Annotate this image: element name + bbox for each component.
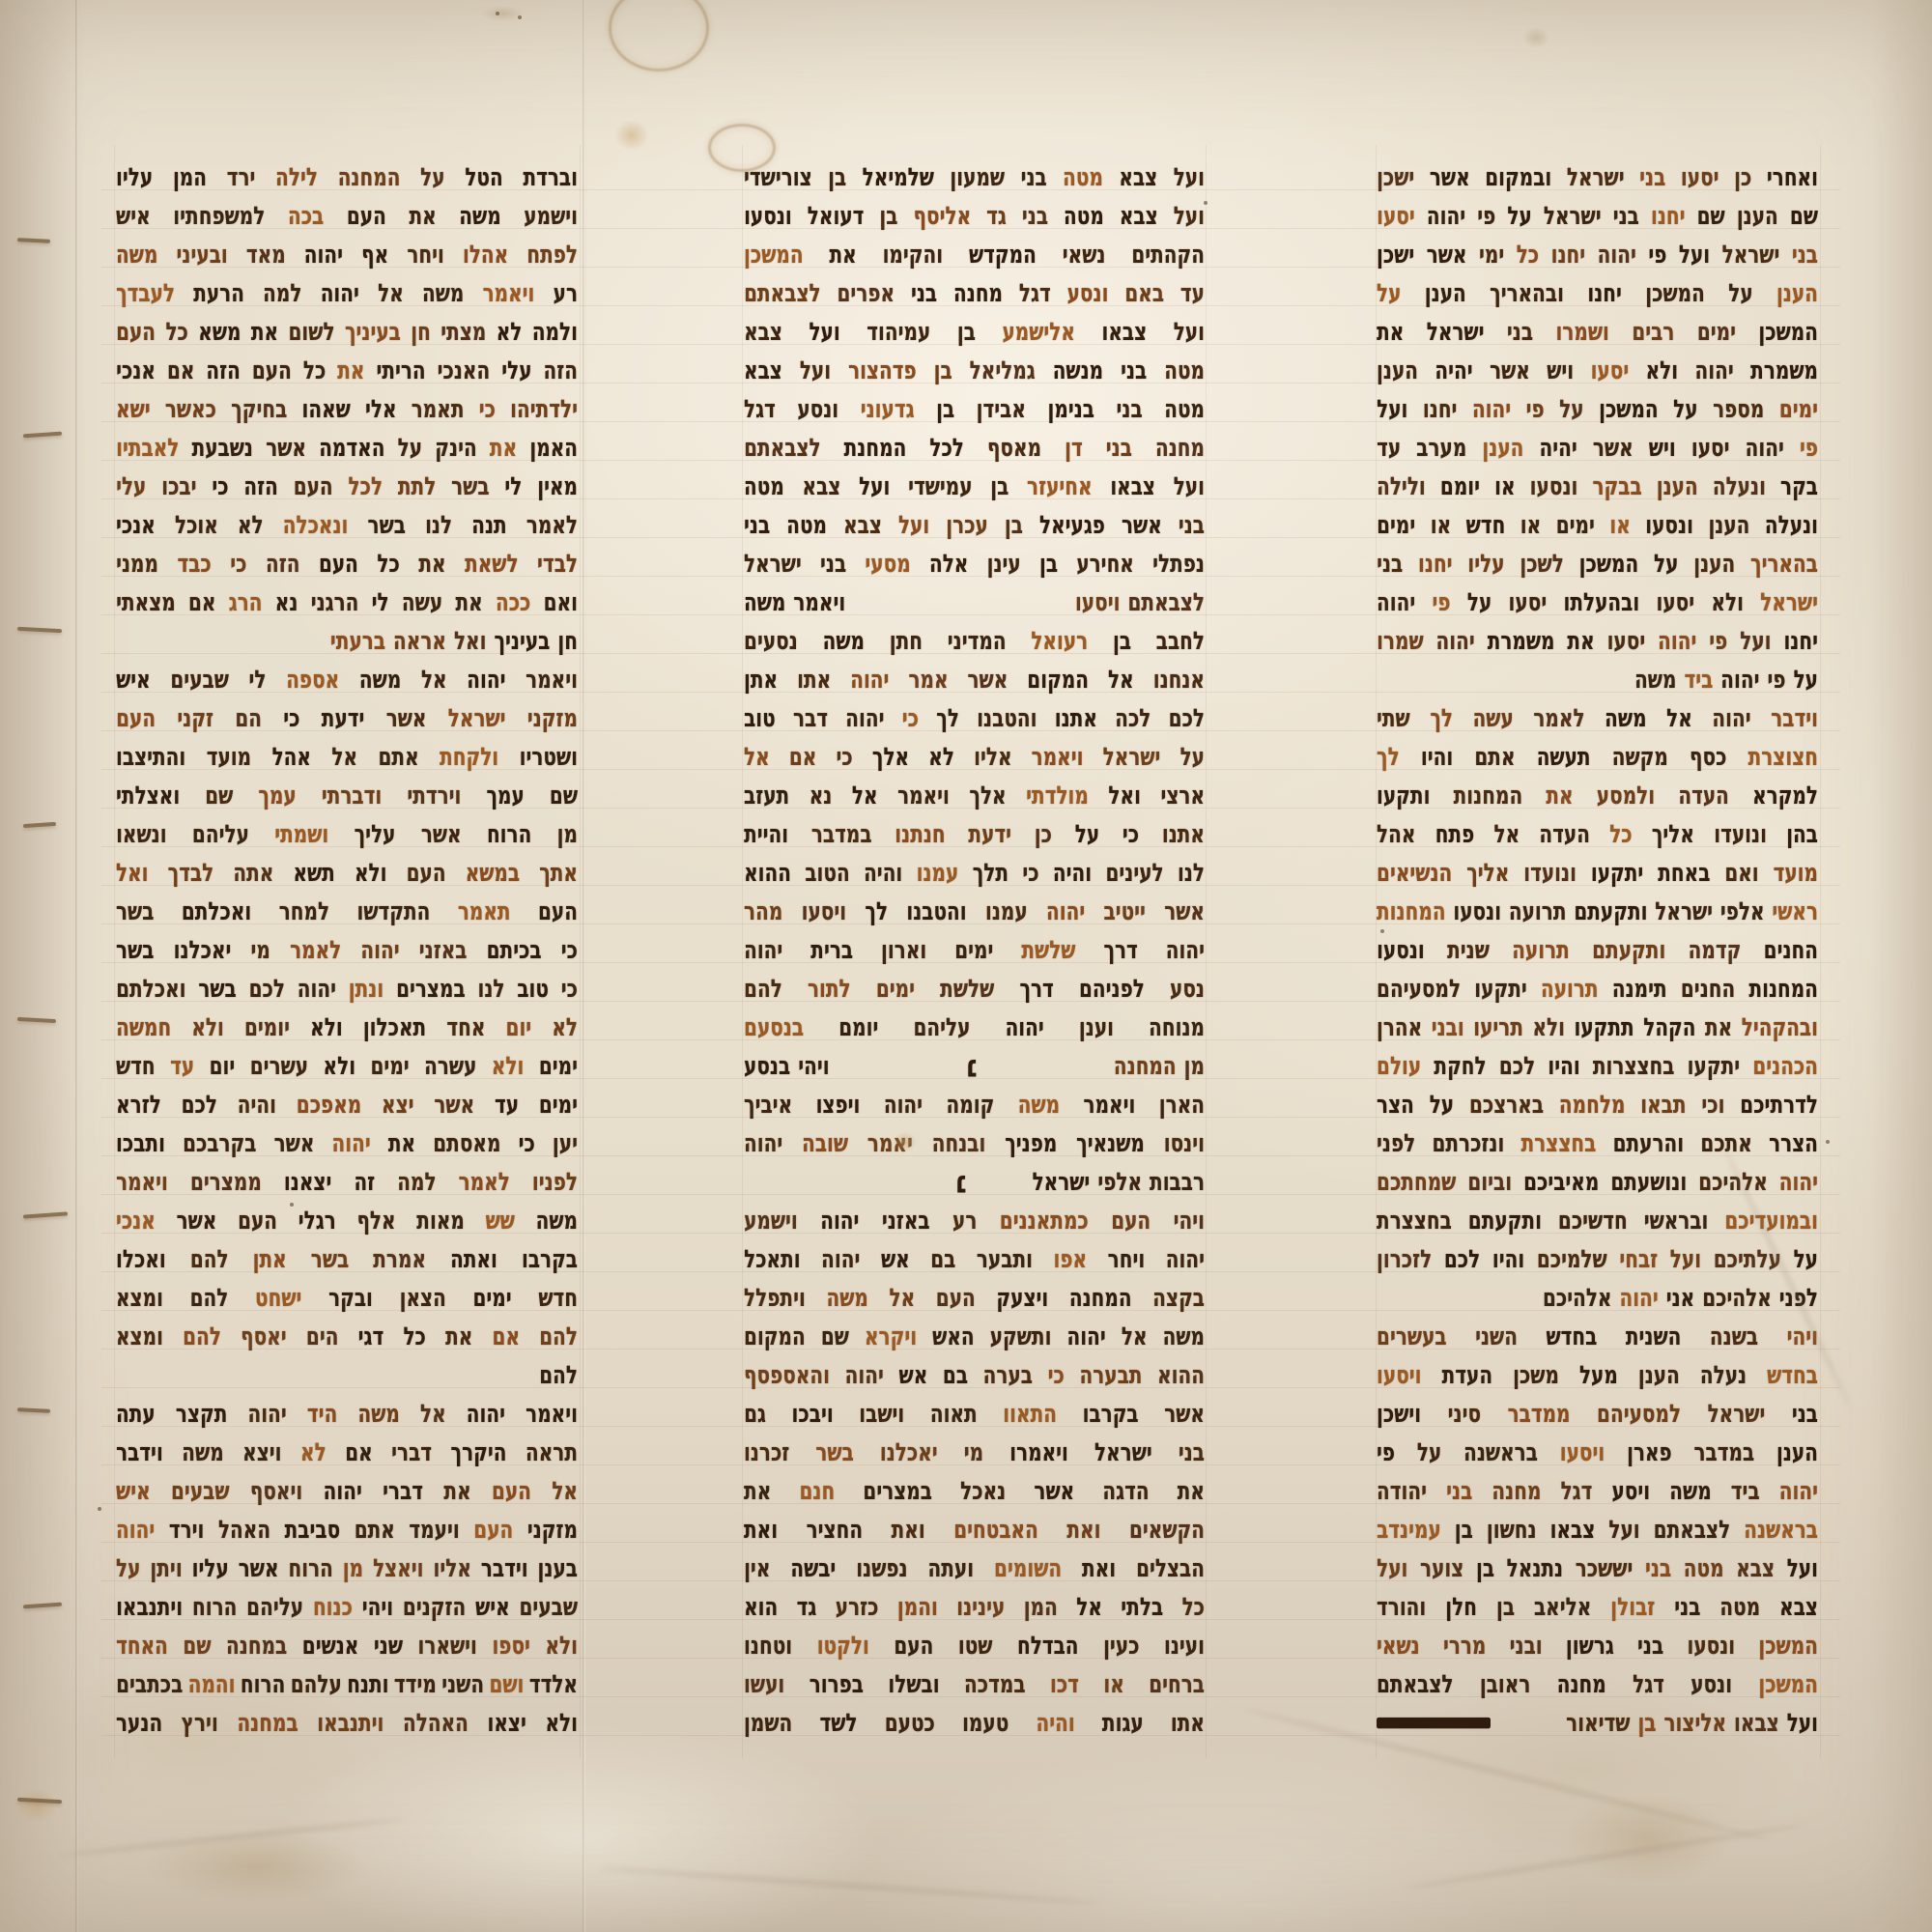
torah-word: פי xyxy=(1800,433,1818,463)
torah-word: ועתה xyxy=(928,1553,975,1583)
torah-word: בני xyxy=(1637,1631,1663,1661)
torah-word: על xyxy=(1673,394,1697,424)
torah-word: בני xyxy=(1446,1476,1472,1506)
torah-word: ולמסע xyxy=(1597,781,1655,810)
torah-word: בקר xyxy=(1780,471,1818,501)
torah-word: בארצכם xyxy=(1469,1090,1544,1120)
torah-word: רבים xyxy=(1632,317,1674,347)
torah-word: חלן xyxy=(1445,1592,1477,1622)
torah-word: בם xyxy=(943,1360,968,1390)
torah-word: אשר xyxy=(274,1128,315,1158)
torah-word: ויהי xyxy=(362,1592,393,1622)
torah-word: את xyxy=(445,1321,472,1351)
torah-word: קדמה xyxy=(1689,935,1742,965)
torah-word: נשאי xyxy=(1377,1631,1420,1661)
ruling-vertical-mid-col xyxy=(742,145,743,1758)
torah-word: אל xyxy=(552,1476,578,1506)
faint-stain xyxy=(1522,27,1549,48)
torah-word: מטה xyxy=(1164,394,1205,424)
torah-word: יהוה xyxy=(321,278,359,308)
torah-word: שם xyxy=(183,1631,211,1661)
torah-word: ושמתי xyxy=(274,819,328,849)
torah-column-left: וברדתהטלעלהמחנהלילהירדהמןעליווישמעמשהאתה… xyxy=(116,157,578,1742)
torah-word: הרוח xyxy=(192,1592,237,1622)
fold-crease xyxy=(75,0,78,1932)
torah-word: חמשה xyxy=(116,1012,171,1042)
torah-word: אל xyxy=(1493,819,1520,849)
torah-word: וידבר xyxy=(116,1437,163,1467)
torah-word: במדכה xyxy=(964,1669,1026,1699)
torah-word: ועל xyxy=(859,471,890,501)
torah-word: ימים xyxy=(876,974,915,1004)
torah-word: אשר xyxy=(386,703,427,733)
torah-word: יהוה xyxy=(360,935,399,965)
torah-word: יהוה xyxy=(1067,1321,1106,1351)
torah-word: בן xyxy=(1455,1515,1473,1545)
torah-word: העם xyxy=(319,549,358,579)
torah-word: ובנחה xyxy=(932,1128,986,1158)
torah-word: אלך xyxy=(872,742,909,772)
torah-word: עמך xyxy=(258,781,296,810)
torah-word: תעזב xyxy=(744,781,789,810)
torah-word: כל xyxy=(1182,1592,1205,1622)
torah-word: מי xyxy=(964,1437,983,1467)
torah-word: והטבנו xyxy=(906,896,966,926)
torah-word: נא xyxy=(810,781,833,810)
torah-word: פארן xyxy=(1627,1437,1672,1467)
torah-word: בני xyxy=(1179,1437,1205,1467)
torah-word: אנשים xyxy=(302,1631,359,1661)
torah-word: עמנו xyxy=(917,858,959,888)
torah-word: הרוח xyxy=(241,1669,285,1699)
torah-word: תראה xyxy=(526,1437,578,1467)
torah-word: ויסעו xyxy=(1377,1360,1422,1390)
torah-word: את xyxy=(388,1128,415,1158)
torah-word: אהלו xyxy=(463,240,508,270)
torah-word: בפרור xyxy=(810,1669,864,1699)
torah-word: המשכן xyxy=(1758,317,1818,347)
torah-word: מחנה xyxy=(953,278,1003,308)
torah-word: מן xyxy=(343,1553,363,1583)
torah-word: תאמר xyxy=(458,896,511,926)
torah-word: גדעוני xyxy=(861,394,915,424)
torah-word: יתקעו xyxy=(1688,1051,1740,1081)
torah-word: לילה xyxy=(275,162,318,192)
torah-word: לשד xyxy=(819,1708,857,1738)
torah-word: את xyxy=(1178,1476,1205,1506)
torah-word: לך xyxy=(865,896,888,926)
torah-word: ימים xyxy=(954,935,993,965)
torah-word: בן xyxy=(1005,510,1023,540)
torah-word: ואתה xyxy=(450,1244,497,1274)
torah-word: יהוה xyxy=(1427,201,1465,231)
torah-word: משנאיך xyxy=(1076,1128,1145,1158)
torah-word: כי xyxy=(1022,858,1038,888)
torah-word: ושמרו xyxy=(1555,317,1608,347)
torah-word: יהוה xyxy=(884,1090,923,1120)
torah-word: אם xyxy=(167,355,195,385)
torah-word: את xyxy=(409,201,436,231)
torah-word: לכל xyxy=(929,433,964,463)
torah-word: אלהיכם xyxy=(1543,1283,1612,1313)
torah-word: אליו xyxy=(974,742,1011,772)
torah-word: יסעו xyxy=(1681,162,1719,192)
torah-word: ואם xyxy=(544,587,578,617)
torah-word: בני xyxy=(1179,510,1205,540)
torah-word: צבא xyxy=(1120,201,1158,231)
torah-word: תנה xyxy=(471,510,506,540)
torah-word: לעינים xyxy=(1105,858,1163,888)
torah-word: בראשנה xyxy=(1744,1515,1818,1545)
torah-word: יהוה xyxy=(1377,587,1415,617)
torah-word: הזה xyxy=(266,549,300,579)
torah-word: אתן xyxy=(744,665,778,695)
torah-word: נסעים xyxy=(744,626,798,656)
torah-word: ימים xyxy=(371,1051,410,1081)
torah-word: דברי xyxy=(391,1437,432,1467)
torah-word: פי xyxy=(1477,201,1495,231)
torah-word: בענן xyxy=(538,1553,578,1583)
torah-word: ונסעו xyxy=(1453,896,1501,926)
torah-word: עמנו xyxy=(985,896,1028,926)
torah-word: ואם xyxy=(1724,858,1758,888)
torah-word: על xyxy=(1467,587,1492,617)
torah-word: משה xyxy=(459,201,500,231)
torah-word: פי xyxy=(1377,1437,1395,1467)
torah-word: וירץ xyxy=(182,1708,218,1738)
torah-word: מסעי xyxy=(865,549,910,579)
torah-word: אליאב xyxy=(1534,1592,1591,1622)
ink-speck xyxy=(518,15,522,19)
torah-word: לתת xyxy=(398,471,436,501)
torah-word: ישראל xyxy=(1103,742,1161,772)
torah-word: בשר xyxy=(815,1437,853,1467)
torah-word: והיה xyxy=(864,858,902,888)
torah-word: מנשה xyxy=(1053,355,1103,385)
torah-word: אמר xyxy=(908,665,948,695)
torah-word: אם xyxy=(493,1321,521,1351)
torah-word: לפניו xyxy=(532,1167,578,1197)
torah-word: עד xyxy=(170,1051,194,1081)
torah-word: איש xyxy=(475,1592,510,1622)
torah-word: כאשר xyxy=(165,394,216,424)
torah-word: אהל xyxy=(272,742,311,772)
torah-word: ונסעו xyxy=(1645,510,1693,540)
torah-word: מהר xyxy=(744,896,782,926)
torah-word: שלשת xyxy=(940,974,994,1004)
torah-word: לאמר xyxy=(290,935,341,965)
torah-word: גד xyxy=(986,201,1007,231)
torah-word: נחשון xyxy=(1487,1515,1537,1545)
torah-word: ויאמר xyxy=(526,1399,578,1429)
torah-word: מנוחה xyxy=(1149,1012,1205,1042)
torah-word: ולא xyxy=(310,1012,343,1042)
torah-word: להם xyxy=(539,1321,578,1351)
torah-word: תריעו xyxy=(1473,1012,1523,1042)
torah-word: בשר xyxy=(368,510,406,540)
torah-word: העם xyxy=(252,355,292,385)
torah-word: פי xyxy=(1768,665,1786,695)
torah-word: צבאו xyxy=(1101,317,1147,347)
torah-word: אל xyxy=(1122,1321,1148,1351)
torah-word: ויסע xyxy=(1611,1476,1650,1506)
torah-word: לכם xyxy=(1444,1244,1480,1274)
torah-word: כי xyxy=(283,703,299,733)
torah-word: פי xyxy=(1648,240,1666,270)
torah-word: דרך xyxy=(1103,935,1137,965)
torah-word: בן xyxy=(828,162,846,192)
torah-word: יהוה xyxy=(744,1128,782,1158)
torah-word: ברית xyxy=(810,935,853,965)
torah-word: לאבתיו xyxy=(116,433,179,463)
torah-word: ימים xyxy=(472,1283,511,1313)
torah-word: אנכי xyxy=(116,355,156,385)
torah-word: לשאת xyxy=(465,549,519,579)
torah-word: חן xyxy=(411,317,431,347)
torah-word: ועל xyxy=(800,355,831,385)
torah-word: בן xyxy=(1496,1592,1515,1622)
torah-word: הרוח xyxy=(288,1553,332,1583)
torah-word: יהוה xyxy=(820,1206,859,1236)
torah-word: עתה xyxy=(116,1399,156,1429)
torah-word: לדרתיכם xyxy=(1740,1090,1818,1120)
torah-word: בחיקך xyxy=(231,394,287,424)
torah-word: הרוח xyxy=(487,819,531,849)
torah-word: על xyxy=(1507,201,1531,231)
torah-word: אשר xyxy=(421,819,462,849)
torah-word: עמינדב xyxy=(1377,1515,1441,1545)
torah-word: הרעת xyxy=(193,278,244,308)
torah-word: העם xyxy=(894,1631,933,1661)
torah-word: ואת xyxy=(744,1515,778,1545)
torah-word: במדבר xyxy=(1694,1437,1755,1467)
torah-word: גמליאל xyxy=(970,355,1036,385)
torah-word: ונסע xyxy=(1067,278,1109,308)
torah-word: תרועה xyxy=(1541,974,1599,1004)
torah-word: יצא xyxy=(382,1090,414,1120)
torah-word: יהוה xyxy=(1712,703,1750,733)
torah-word: מן xyxy=(1184,1051,1205,1081)
ruling-vertical-mid-col-end xyxy=(1206,145,1207,1758)
torah-word: העם xyxy=(936,1283,976,1313)
parchment-left-edge xyxy=(0,0,97,1932)
torah-word: העם xyxy=(347,201,386,231)
torah-word: שאהו xyxy=(301,394,350,424)
torah-word: כי xyxy=(1048,1360,1065,1390)
torah-word: בשר xyxy=(116,935,154,965)
torah-word: ממצרים xyxy=(190,1167,262,1197)
torah-word: לכם xyxy=(1169,703,1205,733)
torah-word: יצאו xyxy=(487,1708,526,1738)
torah-word: יהוה xyxy=(1658,626,1696,656)
torah-word: את xyxy=(455,587,482,617)
torah-word: אלי xyxy=(365,394,397,424)
torah-word: משה xyxy=(359,665,401,695)
torah-word: ועל xyxy=(1174,317,1205,347)
torah-word: יאכלנו xyxy=(174,935,232,965)
torah-word: יהוה xyxy=(1472,394,1511,424)
torah-word: ככה xyxy=(496,587,530,617)
torah-word: אליך xyxy=(1652,819,1694,849)
torah-word: ויש xyxy=(1649,433,1676,463)
torah-word: אנכי xyxy=(116,510,156,540)
torah-word: עמך xyxy=(486,781,524,810)
torah-word: שנית xyxy=(1447,935,1490,965)
torah-word: הענן xyxy=(1377,355,1418,385)
torah-word: שש xyxy=(486,1206,515,1236)
torah-word: המקום xyxy=(1027,665,1089,695)
torah-word: ונתן xyxy=(349,974,384,1004)
torah-word: הבצלים xyxy=(1136,1553,1205,1583)
torah-word: צבא xyxy=(1119,162,1157,192)
torah-word: הנער xyxy=(116,1708,162,1738)
torah-word: האנכי xyxy=(438,355,491,385)
torah-word: אם xyxy=(188,587,216,617)
torah-word: אתך xyxy=(539,858,578,888)
torah-word: שם xyxy=(1697,201,1725,231)
torah-word: ויצעק xyxy=(996,1283,1048,1313)
torah-word: ישראל xyxy=(1708,1399,1766,1429)
torah-word: ובראשי xyxy=(1644,1206,1709,1236)
torah-word: אש xyxy=(899,1360,928,1390)
torah-word: אשר xyxy=(1164,1399,1205,1429)
torah-word: בקצה xyxy=(1152,1283,1205,1313)
torah-word: הזה xyxy=(544,355,579,385)
torah-word: יהוה xyxy=(821,1244,860,1274)
torah-word: ממדבר xyxy=(1508,1399,1571,1429)
torah-word: יהוה xyxy=(116,1515,155,1545)
torah-word: את xyxy=(490,433,517,463)
torah-word: יומים xyxy=(244,1012,290,1042)
torah-word: לעבדך xyxy=(116,278,175,308)
torah-word: ישראל xyxy=(1655,896,1713,926)
torah-word: לא xyxy=(300,1437,327,1467)
torah-word: שם xyxy=(550,781,578,810)
torah-word: דגל xyxy=(1019,278,1051,308)
torah-word: ועל xyxy=(1670,1244,1701,1274)
torah-word: והיה xyxy=(238,1090,276,1120)
torah-word: דבר xyxy=(793,703,828,733)
torah-word: ויצא xyxy=(242,1437,281,1467)
torah-word: על xyxy=(1654,549,1678,579)
torah-word: הוא xyxy=(744,1592,778,1622)
torah-word: יחנו xyxy=(1783,626,1818,656)
torah-word: בני xyxy=(1377,549,1403,579)
torah-word: וירד xyxy=(169,1515,205,1545)
torah-word: מאין xyxy=(537,471,578,501)
torah-word: ויאמר xyxy=(1084,1090,1136,1120)
torah-word: צבא xyxy=(803,471,841,501)
torah-word: יחנו xyxy=(1551,240,1586,270)
torah-word: אלף xyxy=(356,1206,395,1236)
torah-word: רבבות xyxy=(1150,1167,1205,1197)
torah-word: ויאמרו xyxy=(1009,1437,1068,1467)
torah-word: צורישדי xyxy=(744,162,812,192)
torah-word: אבידן xyxy=(977,394,1026,424)
torah-word: יהוה xyxy=(1166,1244,1205,1274)
torah-word: ולמה xyxy=(532,317,578,347)
torah-word: ובהאריך xyxy=(1490,278,1564,308)
torah-word: לחבב xyxy=(1156,626,1205,656)
torah-word: מועד xyxy=(1774,858,1818,888)
torah-word: ביד xyxy=(1731,1476,1760,1506)
torah-word: המקום xyxy=(744,1321,806,1351)
torah-word: בשר xyxy=(116,896,154,926)
torah-word: המשכן xyxy=(744,240,804,270)
torah-word: לפני xyxy=(1377,1128,1415,1158)
torah-word: בני xyxy=(1792,1399,1818,1429)
torah-word: חדש xyxy=(538,1283,578,1313)
torah-word: עינינו xyxy=(956,1592,1005,1622)
torah-word: ותקעתם xyxy=(1468,1206,1542,1236)
torah-word: הענן xyxy=(1776,278,1818,308)
torah-word: אתן xyxy=(253,1244,287,1274)
torah-word: יהוה xyxy=(332,1128,371,1158)
torah-word: אהרן xyxy=(1377,1012,1422,1042)
torah-word: הינק xyxy=(435,433,476,463)
torah-word: מאד xyxy=(246,240,286,270)
torah-word: ישחט xyxy=(255,1283,301,1313)
torah-word: בעשרים xyxy=(1377,1321,1447,1351)
torah-word: ונסע xyxy=(1690,1669,1732,1699)
torah-word: צבאו xyxy=(1550,1515,1596,1545)
torah-word: כזרע xyxy=(836,1592,879,1622)
torah-word: בעיניך xyxy=(494,626,550,656)
torah-word: כמתאננים xyxy=(1000,1206,1089,1236)
torah-word: יהוה xyxy=(1779,1167,1818,1197)
torah-word: העם xyxy=(294,471,333,501)
torah-word: יספו xyxy=(492,1631,530,1661)
torah-word: יומם xyxy=(838,1012,878,1042)
torah-word: ידעת xyxy=(968,819,1011,849)
torah-word: יהוה xyxy=(467,1399,505,1429)
torah-word: ימים xyxy=(1779,394,1818,424)
torah-word: יהוה xyxy=(248,1399,287,1429)
torah-word: חצוצרת xyxy=(1748,742,1818,772)
torah-word: זקני xyxy=(177,703,213,733)
torah-word: ויסעו xyxy=(1560,1437,1605,1467)
torah-word: כל xyxy=(377,549,399,579)
torah-word: בן xyxy=(1039,549,1058,579)
torah-word: והיו xyxy=(1548,1051,1579,1081)
torah-word: לכם xyxy=(249,974,285,1004)
torah-word: וענן xyxy=(1079,1012,1114,1042)
torah-word: מחנה xyxy=(1492,1476,1541,1506)
torah-word: בשנה xyxy=(1710,1321,1758,1351)
torah-word: ואת xyxy=(892,1515,925,1545)
torah-word: אליך xyxy=(1466,858,1509,888)
torah-word: ולילה xyxy=(1377,471,1426,501)
torah-word: מטה xyxy=(1164,355,1205,385)
torah-word: ויש xyxy=(1547,355,1574,385)
torah-word: דגל xyxy=(1633,1669,1664,1699)
torah-word: אף xyxy=(361,240,388,270)
torah-word: והמן xyxy=(897,1592,938,1622)
torah-word: ובהקהיל xyxy=(1742,1012,1818,1042)
torah-word: בחצצרת xyxy=(1521,1128,1597,1158)
torah-word: ועל xyxy=(1787,1708,1818,1738)
torah-word: ירד xyxy=(227,162,256,192)
torah-word: המשכן xyxy=(1645,278,1705,308)
torah-word: אפו xyxy=(1054,1244,1088,1274)
torah-word: יום xyxy=(210,1051,236,1081)
torah-word: אשר xyxy=(1427,240,1467,270)
torah-word: את xyxy=(1546,781,1573,810)
torah-word: אלהיכם xyxy=(1702,1283,1772,1313)
torah-word: חנם xyxy=(799,1476,835,1506)
torah-word: לכה xyxy=(1115,703,1151,733)
torah-word: באזני xyxy=(419,935,468,965)
